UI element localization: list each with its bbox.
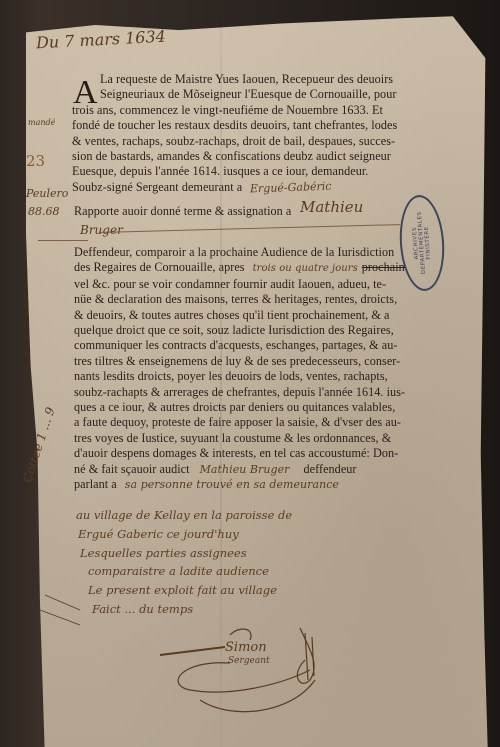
signature-title: Sergeant (228, 656, 270, 666)
signature-flourish (0, 0, 500, 747)
signature-name: Simon (225, 640, 267, 655)
